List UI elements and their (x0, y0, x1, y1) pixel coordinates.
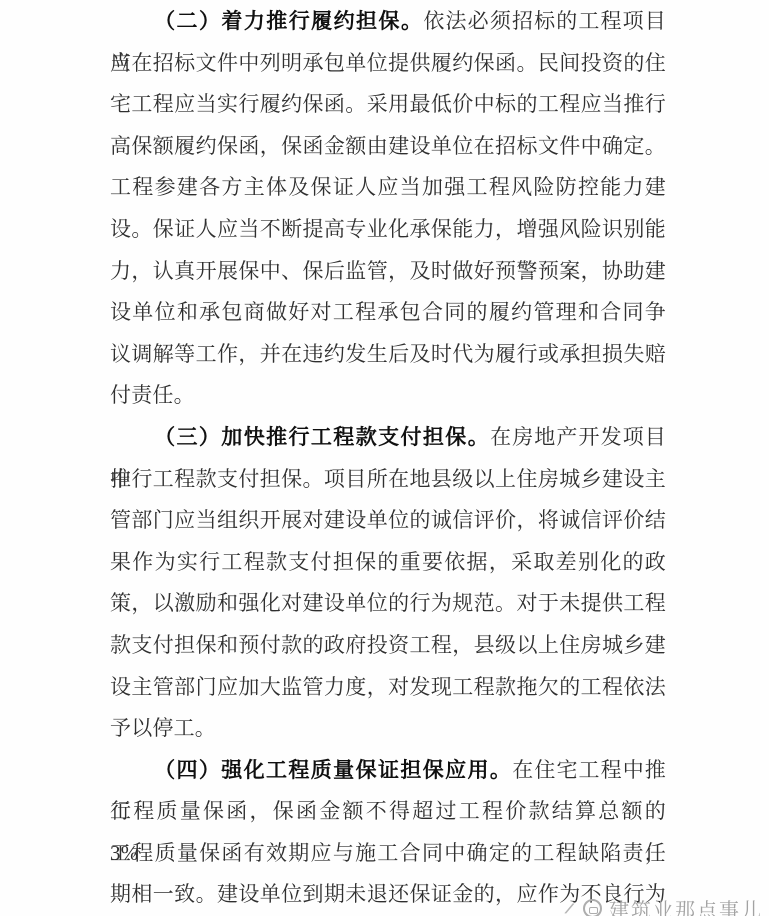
text-line: 管部门应当组织开展对建设单位的诚信评价，将诚信评价结 (110, 500, 666, 542)
text-line: 当在招标文件中列明承包单位提供履约保函。民间投资的住 (110, 43, 666, 85)
paragraph-first-line: （二）着力推行履约担保。依法必须招标的工程项目应 (110, 1, 666, 43)
section-heading: （四）强化工程质量保证担保应用。 (154, 758, 512, 782)
paragraph-first-line: （三）加快推行工程款支付担保。在房地产开发项目中 (110, 417, 666, 459)
text-line: 款支付担保和预付款的政府投资工程，县级以上住房城乡建 (110, 625, 666, 667)
text-line: 工程参建各方主体及保证人应当加强工程风险防控能力建 (110, 167, 666, 209)
paragraph: （三）加快推行工程款支付担保。在房地产开发项目中推行工程款支付担保。项目所在地县… (110, 417, 666, 750)
section-heading: （三）加快推行工程款支付担保。 (154, 425, 490, 449)
text-line: 设。保证人应当不断提高专业化承保能力，增强风险识别能 (110, 209, 666, 251)
watermark-label: 建筑业那点事儿 (609, 894, 763, 916)
text-line: 设单位和承包商做好对工程承包合同的履约管理和合同争 (110, 292, 666, 334)
text-line: 予以停工。 (110, 708, 666, 750)
paragraph: （二）着力推行履约担保。依法必须招标的工程项目应当在招标文件中列明承包单位提供履… (110, 1, 666, 417)
document-body: （二）着力推行履约担保。依法必须招标的工程项目应当在招标文件中列明承包单位提供履… (110, 1, 666, 916)
paragraph: （四）强化工程质量保证担保应用。在住宅工程中推行工程质量保函，保函金额不得超过工… (110, 750, 666, 916)
text-line: 付责任。 (110, 375, 666, 417)
paragraph-first-line: （四）强化工程质量保证担保应用。在住宅工程中推行 (110, 750, 666, 792)
text-line: 工程质量保函有效期应与施工合同中确定的工程缺陷责任 (110, 833, 666, 875)
text-line: 果作为实行工程款支付担保的重要依据，采取差别化的政 (110, 542, 666, 584)
text-line: 推行工程款支付担保。项目所在地县级以上住房城乡建设主 (110, 459, 666, 501)
text-line: 高保额履约保函，保函金额由建设单位在招标文件中确定。 (110, 126, 666, 168)
text-line: 宅工程应当实行履约保函。采用最低价中标的工程应当推行 (110, 84, 666, 126)
watermark: 建筑业那点事儿 (568, 894, 763, 916)
text-line: 设主管部门应加大监管力度，对发现工程款拖欠的工程依法 (110, 667, 666, 709)
text-line: 力，认真开展保中、保后监管，及时做好预警预案，协助建 (110, 251, 666, 293)
document-page: （二）着力推行履约担保。依法必须招标的工程项目应当在招标文件中列明承包单位提供履… (0, 0, 769, 916)
section-heading: （二）着力推行履约担保。 (154, 9, 423, 33)
text-line: 议调解等工作，并在违约发生后及时代为履行或承担损失赔 (110, 334, 666, 376)
text-line: 策，以激励和强化对建设单位的行为规范。对于未提供工程 (110, 583, 666, 625)
text-line: 工程质量保函，保函金额不得超过工程价款结算总额的 3%， (110, 791, 666, 833)
logo-badge-icon (583, 899, 602, 916)
